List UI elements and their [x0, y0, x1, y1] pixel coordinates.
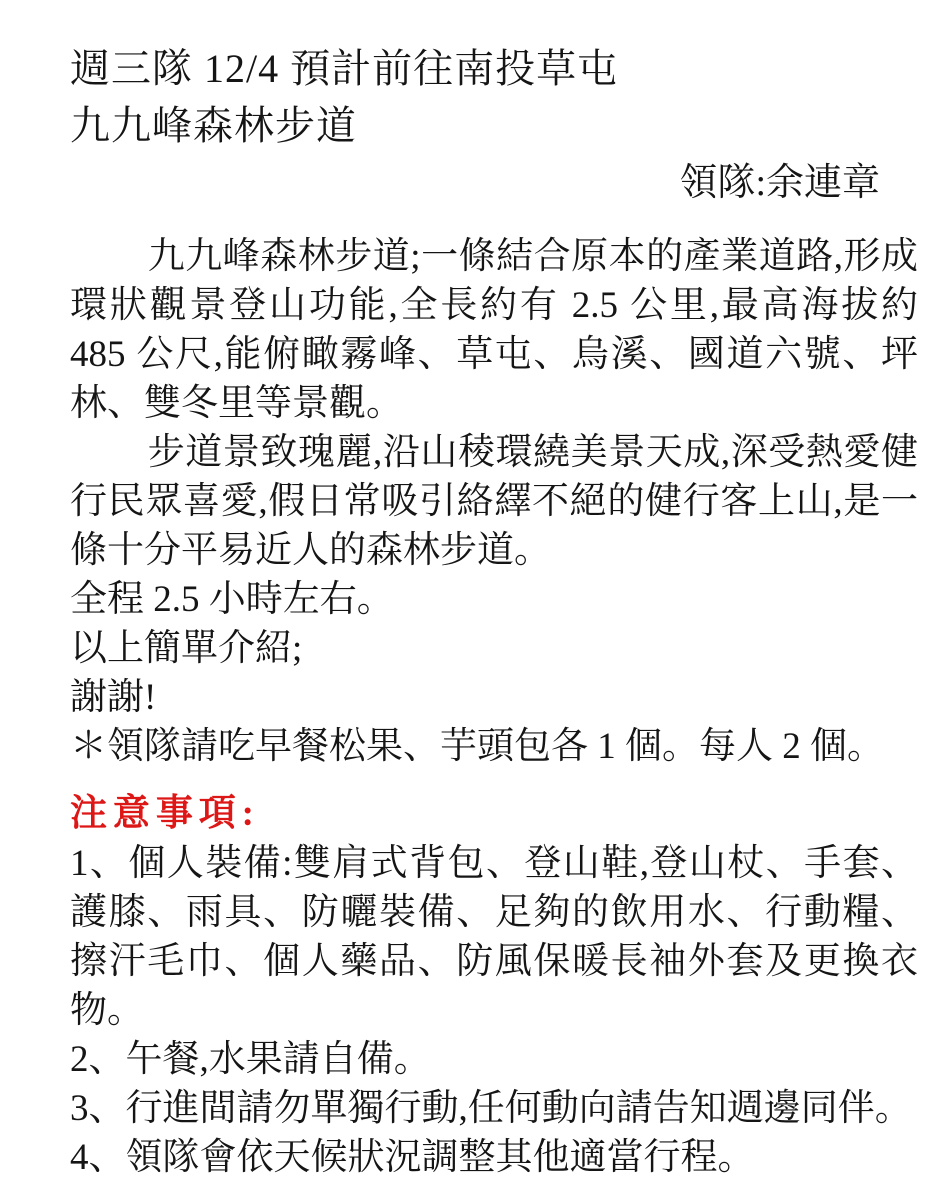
notice-item-2: 2、午餐,水果請自備。: [70, 1035, 918, 1084]
document-page: 週三隊 12/4 預計前往南投草屯 九九峰森林步道 領隊:余連章 九九峰森林步道…: [0, 0, 938, 1182]
notice-item-3: 3、行進間請勿單獨行動,任何動向請告知週邊同伴。: [70, 1084, 918, 1133]
closing-line: 以上簡單介紹;: [70, 624, 918, 673]
breakfast-note-line: ＊領隊請吃早餐松果、芋頭包各 1 個。每人 2 個。: [70, 722, 918, 771]
title-line-1: 週三隊 12/4 預計前往南投草屯: [70, 40, 918, 97]
leader-line: 領隊:余連章: [70, 158, 918, 208]
notice-item-4: 4、領隊會依天候狀況調整其他適當行程。: [70, 1133, 918, 1182]
duration-line: 全程 2.5 小時左右。: [70, 575, 918, 624]
notice-item-1: 1、個人裝備:雙肩式背包、登山鞋,登山杖、手套、護膝、雨具、防曬裝備、足夠的飲用…: [70, 839, 918, 1035]
intro-paragraph-2: 步道景致瑰麗,沿山稜環繞美景天成,深受熱愛健行民眾喜愛,假日常吸引絡繹不絕的健行…: [70, 428, 918, 575]
title-line-2: 九九峰森林步道: [70, 97, 918, 154]
thanks-line: 謝謝!: [70, 673, 918, 722]
notice-heading: 注意事項:: [70, 789, 918, 839]
intro-paragraph-1: 九九峰森林步道;一條結合原本的產業道路,形成環狀觀景登山功能,全長約有 2.5 …: [70, 232, 918, 428]
document-title: 週三隊 12/4 預計前往南投草屯 九九峰森林步道: [70, 40, 918, 154]
